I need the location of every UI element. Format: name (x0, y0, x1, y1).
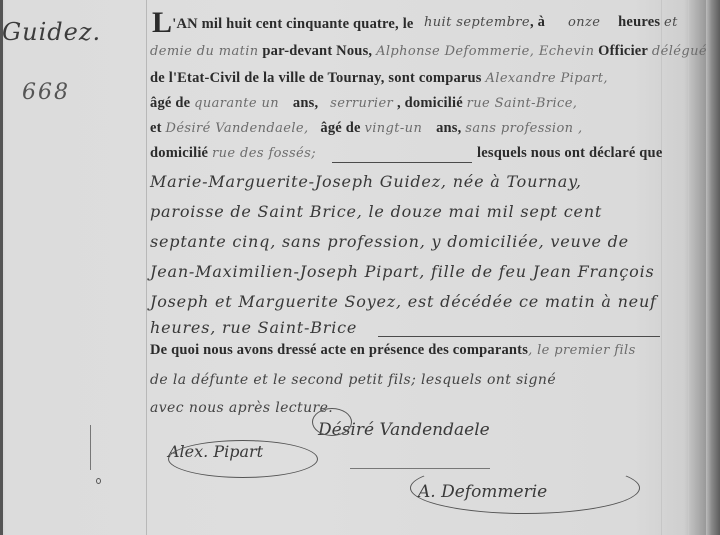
handwritten-occupation: serrurier (330, 96, 393, 111)
printed-text: ans, (293, 95, 318, 111)
printed-text: lesquels nous ont déclaré que (477, 145, 662, 161)
printed-text: âgé de (150, 95, 190, 111)
printed-text: Officier (598, 43, 648, 59)
body-line-1: Marie-Marguerite-Joseph Guidez, née à To… (150, 172, 582, 191)
book-binding-edge (706, 0, 720, 535)
header-line-4: âgé de quarante un ans, serrurier , domi… (150, 95, 577, 112)
right-rule-outer (688, 0, 689, 535)
handwritten-address: rue Saint-Brice, (467, 96, 578, 111)
handwritten-address: rue des fossés; (212, 146, 316, 161)
header-line-6: domicilié rue des fossés; (150, 145, 316, 162)
closing-line-2: de la défunte et le second petit fils; l… (150, 372, 556, 388)
handwritten-age: vingt-un (364, 121, 422, 136)
printed-text: ans, (436, 120, 461, 136)
body-line-2: paroisse de Saint Brice, le douze mai mi… (150, 202, 602, 221)
dropcap-letter: L (152, 6, 172, 39)
header-line-1: L'AN mil huit cent cinquante quatre, le (152, 8, 414, 38)
printed-text: De quoi nous avons dressé acte en présen… (150, 342, 528, 358)
closing-line-1: De quoi nous avons dressé acte en présen… (150, 342, 636, 359)
signature-flourish (312, 408, 352, 436)
body-line-5: Joseph et Marguerite Soyez, est décédée … (150, 292, 657, 311)
right-rule (661, 0, 662, 535)
closing-line-3: avec nous après lecture. (150, 400, 333, 416)
printed-text: de l'Etat-Civil de la ville de Tournay, … (150, 70, 482, 86)
handwritten-declarant-1: Alexandre Pipart, (485, 71, 607, 86)
body-line-3: septante cinq, sans profession, y domici… (150, 232, 629, 251)
margin-rule (146, 0, 147, 535)
printed-text: , à (530, 14, 545, 30)
body-line-6: heures, rue Saint-Brice (150, 318, 357, 337)
fill-line (332, 162, 472, 163)
header-line-2: demie du matin par-devant Nous, Alphonse… (150, 43, 707, 60)
margin-record-number: 668 (22, 80, 70, 105)
printed-text: et (150, 120, 162, 136)
body-line-4: Jean-Maximilien-Joseph Pipart, fille de … (150, 262, 655, 281)
date-line-hand: huit septembre, à (424, 14, 545, 31)
handwritten-text: , le premier fils (528, 343, 636, 358)
signature-flourish (410, 462, 640, 514)
handwritten-title: délégué (652, 44, 707, 59)
handwritten-date: huit septembre (424, 15, 530, 30)
header-line-5: et Désiré Vandendaele, âgé de vingt-un a… (150, 120, 583, 137)
printed-text: , domicilié (397, 95, 463, 111)
document-page: Guidez. 668 L'AN mil huit cent cinquante… (0, 0, 720, 535)
hour-line: onze heures et (568, 14, 678, 31)
printed-text: par-devant Nous, (262, 43, 372, 59)
header-line-3: de l'Etat-Civil de la ville de Tournay, … (150, 70, 608, 87)
printed-text: âgé de (320, 120, 360, 136)
printed-text: heures (618, 14, 660, 30)
handwritten-hour: onze (568, 15, 600, 30)
fill-line (378, 336, 660, 337)
margin-pencil-mark (90, 425, 91, 470)
handwritten-time: demie du matin (150, 44, 259, 59)
printed-text: 'AN mil huit cent cinquante quatre, le (172, 16, 413, 32)
handwritten-officer-name: Alphonse Defommerie, Echevin (376, 44, 594, 59)
handwritten-text: et (664, 15, 678, 30)
page-left-edge (0, 0, 3, 535)
margin-surname: Guidez. (2, 18, 101, 46)
margin-pencil-circle (96, 478, 101, 484)
printed-text: domicilié (150, 145, 208, 161)
handwritten-occupation: sans profession , (465, 121, 582, 136)
header-line-6-end: lesquels nous ont déclaré que (477, 145, 662, 162)
signature-flourish (168, 440, 318, 478)
handwritten-age: quarante un (194, 96, 279, 111)
handwritten-declarant-2: Désiré Vandendaele, (166, 121, 309, 136)
